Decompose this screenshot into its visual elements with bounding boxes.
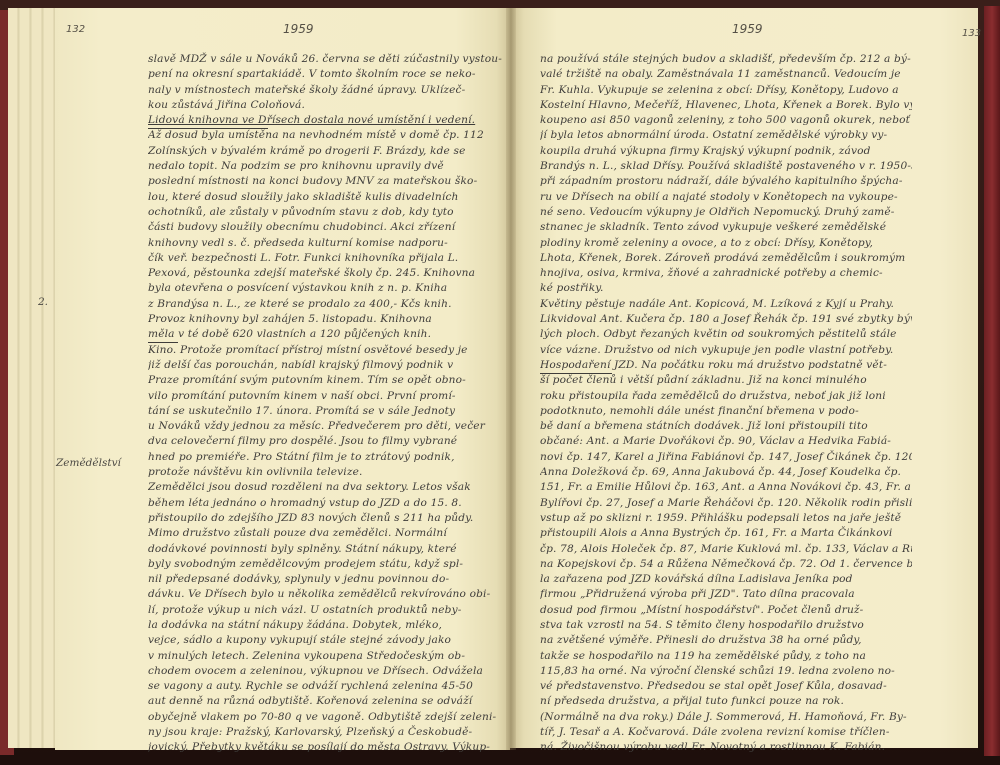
text-line: přistoupili Alois a Anna Bystrých čp. 16… <box>540 526 912 541</box>
text-line: aut denně na různá odbytiště. Kořenová z… <box>148 694 506 709</box>
text-line: lí, protože výkup u nich vázl. U ostatní… <box>148 603 506 618</box>
text-line: dosud pod firmou „Místní hospodářství". … <box>540 603 912 618</box>
left-page-number: 132 <box>66 24 85 35</box>
text-line: jí byla letos abnormální úroda. Ostatní … <box>540 128 912 143</box>
text-line: kou zůstává Jiřina Coloňová. <box>148 98 506 113</box>
text-line: hnojiva, osiva, krmiva, žňové a zahradni… <box>540 266 912 281</box>
text-line: bě daní a břemena státních dodávek. Již … <box>540 419 912 434</box>
text-line: ní předseda družstva, a přijal tuto funk… <box>540 694 912 709</box>
margin-note-zemedelstvi: Zemědělství <box>56 457 121 469</box>
heading-underline-kino <box>148 342 178 343</box>
text-line: naly v místnostech mateřské školy žádné … <box>148 83 506 98</box>
text-line: novi čp. 147, Karel a Jiřina Fabiánovi č… <box>540 450 912 465</box>
text-line: byly svobodným zemědělcovým prodejem stá… <box>148 557 506 572</box>
text-line: lých ploch. Odbyt řezaných květin od sou… <box>540 327 912 342</box>
text-line: slavě MDŽ v sále u Nováků 26. června se … <box>148 52 506 67</box>
text-line: valé tržiště na obaly. Zaměstnávala 11 z… <box>540 67 912 82</box>
text-line: lou, které dosud sloužily jako skladiště… <box>148 190 506 205</box>
text-line: ny jsou kraje: Pražský, Karlovarský, Plz… <box>148 725 506 740</box>
text-line: čík veř. bezpečnosti L. Fotr. Funkci kni… <box>148 251 506 266</box>
book-gutter <box>506 8 516 750</box>
text-line: Lhota, Křenek, Borek. Zároveň prodává ze… <box>540 251 912 266</box>
text-line: la zařazena pod JZD kovářská dílna Ladis… <box>540 572 912 587</box>
text-line: hned po premiéře. Pro Státní film je to … <box>148 450 506 465</box>
text-line: části budovy sloužily obecnímu chudobinc… <box>148 220 506 235</box>
text-line-heading: Lidová knihovna ve Dřísech dostala nové … <box>148 113 506 128</box>
margin-note-number: 2. <box>38 296 48 308</box>
text-line: 151, Fr. a Emilie Hůlovi čp. 163, Ant. a… <box>540 480 912 495</box>
right-page-number: 133 <box>962 28 981 39</box>
right-page-text: na používá stále stejných budov a skladi… <box>540 52 912 756</box>
text-line: při západním prostoru nádraží, dále býva… <box>540 174 912 189</box>
text-line: měla v té době 620 vlastních a 120 půjče… <box>148 327 506 342</box>
text-line: Brandýs n. L., sklad Dřísy. Používá skla… <box>540 159 912 174</box>
text-line: Bylířovi čp. 27, Josef a Marie Řeháčovi … <box>540 496 912 511</box>
text-line: Zemědělci jsou dosud rozděleni na dva se… <box>148 480 506 495</box>
text-line: byla otevřena o posvícení výstavkou knih… <box>148 281 506 296</box>
text-line: Praze promítání svým putovním kinem. Tím… <box>148 373 506 388</box>
text-line: poslední místnosti na konci budovy MNV z… <box>148 174 506 189</box>
text-line: na Kopejskovi čp. 54 a Růžena Němečková … <box>540 557 912 572</box>
text-line: dva celovečerní filmy pro dospělé. Jsou … <box>148 434 506 449</box>
text-line: Likvidoval Ant. Kučera čp. 180 a Josef Ř… <box>540 312 912 327</box>
text-line: ší počet členů i větší půdní základnu. J… <box>540 373 912 388</box>
text-line: čp. 78, Alois Holeček čp. 87, Marie Kukl… <box>540 542 912 557</box>
text-line: protože návštěvu kin ovlivnila televize. <box>148 465 506 480</box>
cover-edge-right <box>984 6 1000 756</box>
text-line: Mimo družstvo zůstali pouze dva zemědělc… <box>148 526 506 541</box>
page-stack <box>8 8 60 748</box>
text-line: se vagony a auty. Rychle se odváží rychl… <box>148 679 506 694</box>
text-line: podotknuto, nemohli dále unést finanční … <box>540 404 912 419</box>
text-line: Fr. Kuhla. Vykupuje se zelenina z obcí: … <box>540 83 912 98</box>
text-line: Zolínských v bývalém krámě po drogerii F… <box>148 144 506 159</box>
text-line: jovický. Přebytky květáku se posílají do… <box>148 740 506 755</box>
text-line: plodiny kromě zeleniny a ovoce, a to z o… <box>540 236 912 251</box>
text-line: z Brandýsa n. L., ze které se prodalo za… <box>148 297 506 312</box>
text-line: (Normálně na dva roky.) Dále J. Sommerov… <box>540 710 912 725</box>
text-line: takže se hospodařilo na 119 ha zemědělsk… <box>540 649 912 664</box>
heading-underline-hospodareni <box>540 373 612 374</box>
text-line: tíř, J. Tesař a A. Kočvarová. Dále zvole… <box>540 725 912 740</box>
text-line-heading: Kino. Protože promítací přístroj místní … <box>148 343 506 358</box>
text-line: během léta jednáno o hromadný vstup do J… <box>148 496 506 511</box>
text-line: nil předepsané dodávky, splynuly v jednu… <box>148 572 506 587</box>
text-line: více vázne. Družstvo od nich vykupuje je… <box>540 343 912 358</box>
text-line: Kostelní Hlavno, Mečeříž, Hlavenec, Lhot… <box>540 98 912 113</box>
text-line: 115,83 ha orné. Na výroční členské schůz… <box>540 664 912 679</box>
text-line: vilo promítání putovním kinem v naší obc… <box>148 389 506 404</box>
text-line: ké postřiky. <box>540 281 912 296</box>
text-line: na používá stále stejných budov a skladi… <box>540 52 912 67</box>
text-line: vejce, sádlo a kupony vykupují stále ste… <box>148 633 506 648</box>
text-line: né seno. Vedoucím výkupny je Oldřich Nep… <box>540 205 912 220</box>
heading-underline-knihovna <box>148 128 268 129</box>
text-line: Až dosud byla umístěna na nevhodném míst… <box>148 128 506 143</box>
text-line: již delší čas porouchán, nabídl krajský … <box>148 358 506 373</box>
text-line: vé představenstvo. Předsedou se stal opě… <box>540 679 912 694</box>
text-line: Anna Doležková čp. 69, Anna Jakubová čp.… <box>540 465 912 480</box>
text-line: ochotníků, ale zůstaly v původním stavu … <box>148 205 506 220</box>
text-line: u Nováků vždy jednou za měsíc. Předvečer… <box>148 419 506 434</box>
text-line: roku přistoupila řada zemědělců do družs… <box>540 389 912 404</box>
text-line: Provoz knihovny byl zahájen 5. listopadu… <box>148 312 506 327</box>
text-line: obyčejně vlakem po 70-80 q ve vagoně. Od… <box>148 710 506 725</box>
text-line: firmou „Přidružená výroba při JZD". Tato… <box>540 587 912 602</box>
text-line: dávku. Ve Dřísech bylo u několika zemědě… <box>148 587 506 602</box>
text-line: ná. Živočišnou výrobu vedl Fr. Novotný a… <box>540 740 912 755</box>
text-line: nedalo topit. Na podzim se pro knihovnu … <box>148 159 506 174</box>
text-line: ru ve Dřísech na obilí a najaté stodoly … <box>540 190 912 205</box>
text-line: občané: Ant. a Marie Dvořákovi čp. 90, V… <box>540 434 912 449</box>
text-line: chodem ovocem a zeleninou, výkupnou ve D… <box>148 664 506 679</box>
left-year-header: 1959 <box>283 22 314 36</box>
left-page-text: slavě MDŽ v sále u Nováků 26. června se … <box>148 52 506 756</box>
text-line-heading: Hospodaření JZD. Na počátku roku má druž… <box>540 358 912 373</box>
text-line: Květiny pěstuje nadále Ant. Kopicová, M.… <box>540 297 912 312</box>
text-line: la dodávka na státní nákupy žádána. Doby… <box>148 618 506 633</box>
text-line: Pexová, pěstounka zdejší mateřské školy … <box>148 266 506 281</box>
text-line: přistoupilo do zdejšího JZD 83 nových čl… <box>148 511 506 526</box>
text-line: dodávkové povinnosti byly splněny. Státn… <box>148 542 506 557</box>
text-line: pení na okresní spartakiádě. V tomto ško… <box>148 67 506 82</box>
text-line: na zvětšené výměře. Přinesli do družstva… <box>540 633 912 648</box>
right-year-header: 1959 <box>732 22 763 36</box>
text-line: stnanec je skladník. Tento závod vykupuj… <box>540 220 912 235</box>
text-line: tání se uskutečnilo 17. února. Promítá s… <box>148 404 506 419</box>
text-line: stva tak vzrostl na 54. S těmito členy h… <box>540 618 912 633</box>
text-line: v minulých letech. Zelenina vykoupena St… <box>148 649 506 664</box>
text-line: knihovny vedl s. č. předseda kulturní ko… <box>148 236 506 251</box>
text-line: koupeno asi 850 vagonů zeleniny, z toho … <box>540 113 912 128</box>
text-line: koupila druhá výkupna firmy Krajský výku… <box>540 144 912 159</box>
text-line: vstup až po sklizni r. 1959. Přihlášku p… <box>540 511 912 526</box>
